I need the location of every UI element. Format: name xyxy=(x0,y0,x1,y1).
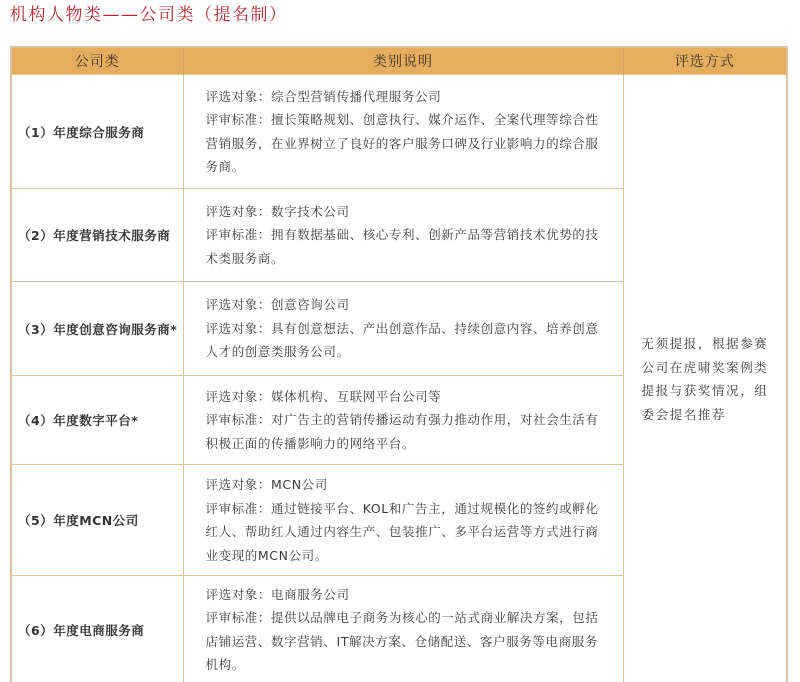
selection-target: 评选对象：综合型营销传播代理服务公司 xyxy=(206,85,611,109)
review-criteria: 评审标准：通过链接平台、KOL和广告主，通过规模化的签约或孵化红人、帮助红人通过… xyxy=(206,497,611,568)
awards-table: 公司类 类别说明 评选方式 （1）年度综合服务商 评选对象：综合型营销传播代理服… xyxy=(10,46,788,682)
category-cell: （5）年度MCN公司 xyxy=(11,465,183,576)
selection-target: 评选对象：MCN公司 xyxy=(206,473,611,497)
selection-target: 评选对象：媒体机构、互联网平台公司等 xyxy=(206,385,611,409)
category-cell: （4）年度数字平台* xyxy=(11,376,183,465)
selection-target: 评选对象：创意咨询公司 xyxy=(206,293,611,317)
category-cell: （2）年度营销技术服务商 xyxy=(11,189,183,282)
category-cell: （3）年度创意咨询服务商* xyxy=(11,282,183,376)
description-cell: 评选对象：媒体机构、互联网平台公司等 评审标准：对广告主的营销传播运动有强力推动… xyxy=(183,376,623,465)
selection-target: 评选对象：电商服务公司 xyxy=(206,583,611,607)
description-cell: 评选对象：数字技术公司 评审标准：拥有数据基础、核心专利、创新产品等营销技术优势… xyxy=(183,189,623,282)
category-cell: （6）年度电商服务商 xyxy=(11,576,183,682)
review-criteria: 评审标准：拥有数据基础、核心专利、创新产品等营销技术优势的技术类服务商。 xyxy=(206,223,611,270)
description-cell: 评选对象：电商服务公司 评审标准：提供以品牌电子商务为核心的一站式商业解决方案，… xyxy=(183,576,623,682)
header-description: 类别说明 xyxy=(183,47,623,75)
category-cell: （1）年度综合服务商 xyxy=(11,75,183,189)
review-criteria: 评审标准：擅长策略规划、创意执行、媒介运作、全案代理等综合性营销服务，在业界树立… xyxy=(206,108,611,179)
review-criteria: 评选对象：具有创意想法、产出创意作品、持续创意内容、培养创意人才的创意类服务公司… xyxy=(206,317,611,364)
page-title: 机构人物类——公司类（提名制） xyxy=(10,4,288,26)
description-cell: 评选对象：创意咨询公司 评选对象：具有创意想法、产出创意作品、持续创意内容、培养… xyxy=(183,282,623,376)
review-criteria: 评审标准：提供以品牌电子商务为核心的一站式商业解决方案，包括店铺运营、数字营销、… xyxy=(206,606,611,677)
description-cell: 评选对象：MCN公司 评审标准：通过链接平台、KOL和广告主，通过规模化的签约或… xyxy=(183,465,623,576)
table-row: （1）年度综合服务商 评选对象：综合型营销传播代理服务公司 评审标准：擅长策略规… xyxy=(11,75,787,189)
description-cell: 评选对象：综合型营销传播代理服务公司 评审标准：擅长策略规划、创意执行、媒介运作… xyxy=(183,75,623,189)
review-criteria: 评审标准：对广告主的营销传播运动有强力推动作用，对社会生活有积极正面的传播影响力… xyxy=(206,408,611,455)
header-company-category: 公司类 xyxy=(11,47,183,75)
selection-target: 评选对象：数字技术公司 xyxy=(206,200,611,224)
table-header: 公司类 类别说明 评选方式 xyxy=(11,47,787,75)
header-selection-method: 评选方式 xyxy=(623,47,787,75)
selection-method-cell: 无须提报，根据参赛公司在虎啸奖案例类提报与获奖情况，组委会提名推荐 xyxy=(623,75,787,682)
